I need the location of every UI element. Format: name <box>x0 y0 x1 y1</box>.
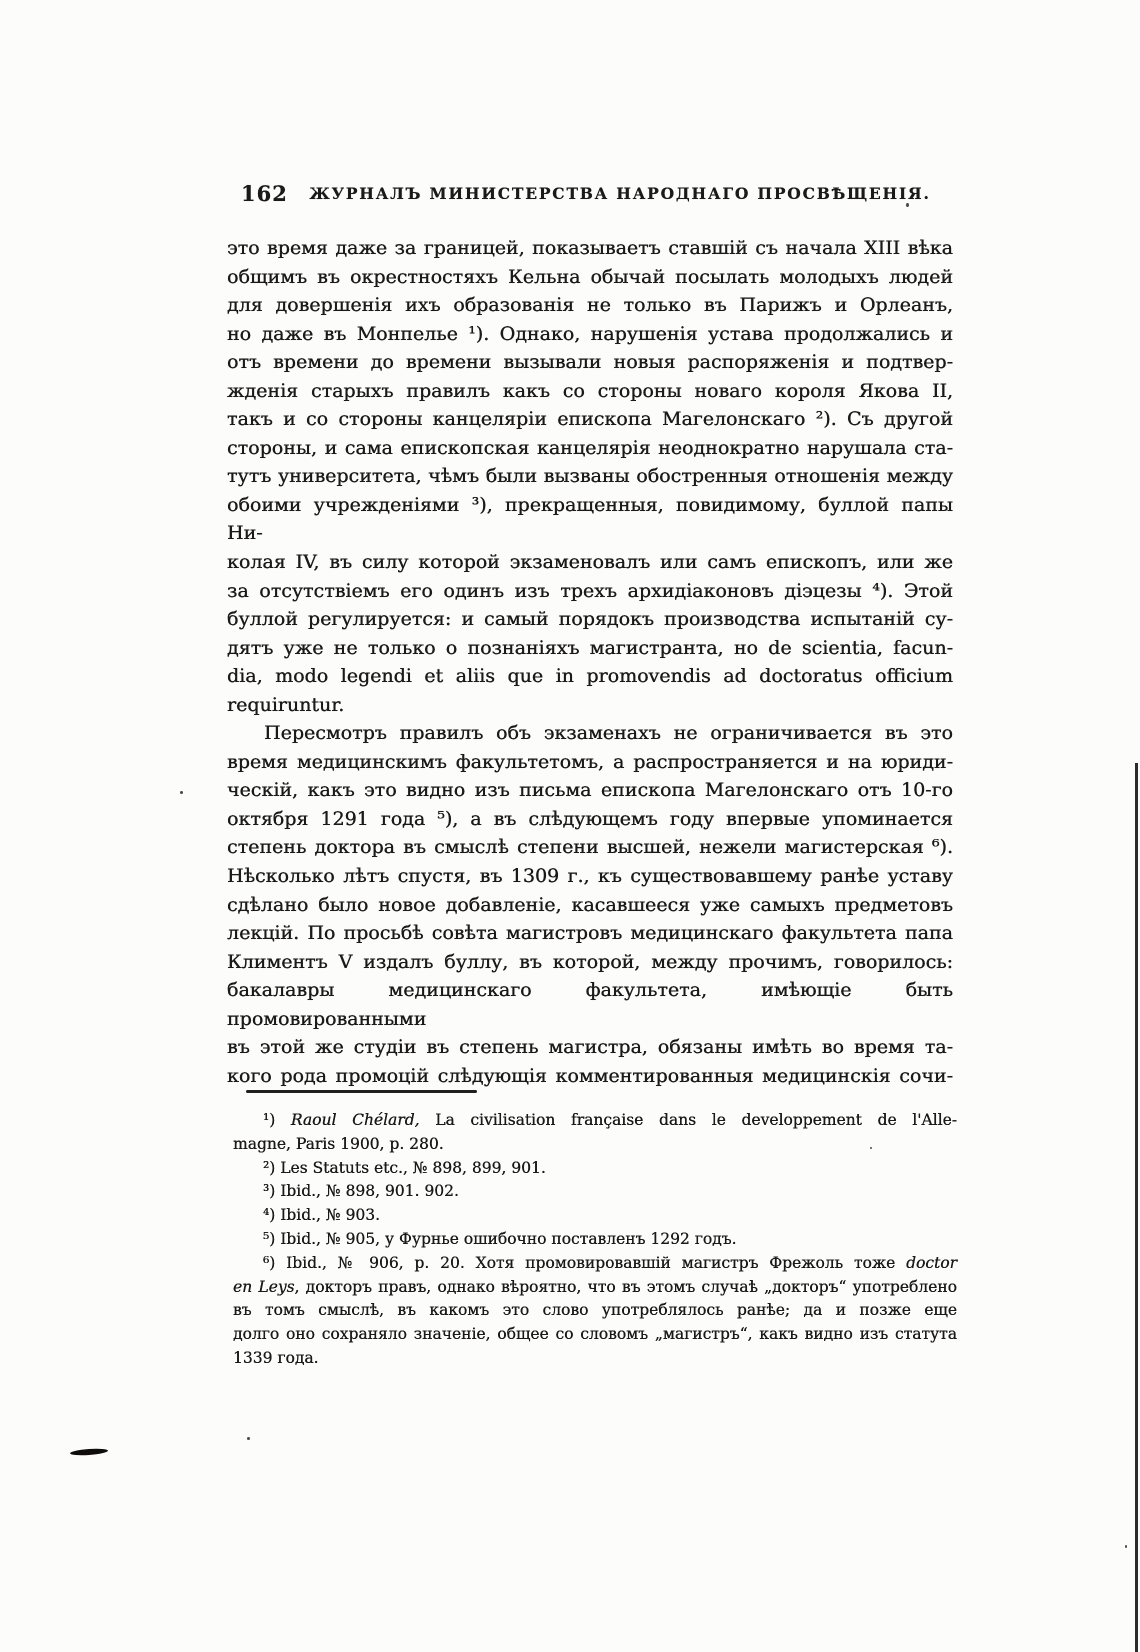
footnote-text: , докторъ правъ, однако вѣроятно, что въ… <box>295 1278 957 1296</box>
ink-speck <box>906 203 909 207</box>
text-line: время медицинскимъ факультетомъ, а распр… <box>227 748 953 777</box>
text-line: степень доктора въ смыслѣ степени высшей… <box>227 833 953 862</box>
text-line: стороны, и сама епископская канцелярія н… <box>227 434 953 463</box>
text-line: ческій, какъ это видно изъ письма еписко… <box>227 776 953 805</box>
footnote-italic-text: Raoul Chélard, <box>291 1111 420 1129</box>
footnote-separator-rule <box>246 1090 477 1093</box>
footnote-line: ¹) Raoul Chélard, La civilisation frança… <box>233 1109 957 1133</box>
journal-title: ЖУРНАЛЪ МИНИСТЕРСТВА НАРОДНАГО ПРОСВѢЩЕН… <box>287 184 953 203</box>
text-line: буллой регулируется: и самый порядокъ пр… <box>227 605 953 634</box>
footnote-line: въ томъ смыслѣ, въ какомъ это слово упот… <box>233 1299 957 1323</box>
footnote-text: magne, Paris 1900, p. 280. <box>233 1135 444 1153</box>
ink-speck <box>180 791 183 794</box>
ink-speck <box>1125 1545 1127 1548</box>
footnote-text: 1339 года. <box>233 1349 319 1367</box>
footnote-line: ⁴) Ibid., № 903. <box>233 1204 957 1228</box>
text-line: общимъ въ окрестностяхъ Кельна обычай по… <box>227 263 953 292</box>
footnote-line: 1339 года. <box>233 1347 957 1371</box>
paragraph-2: Пересмотръ правилъ объ экзаменахъ не огр… <box>227 719 953 1090</box>
body-text: это время даже за границей, показываетъ … <box>227 234 953 1090</box>
text-line: Нѣсколько лѣтъ спустя, въ 1309 г., къ су… <box>227 862 953 891</box>
text-line: но даже въ Монпелье ¹). Однако, нарушені… <box>227 320 953 349</box>
text-line: октября 1291 года ⁵), а въ слѣдующемъ го… <box>227 805 953 834</box>
footnote-line: en Leys, докторъ правъ, однако вѣроятно,… <box>233 1276 957 1300</box>
text-line: жденія старыхъ правилъ какъ со стороны н… <box>227 377 953 406</box>
running-head: 162 ЖУРНАЛЪ МИНИСТЕРСТВА НАРОДНАГО ПРОСВ… <box>227 181 953 211</box>
scanned-book-page: 162 ЖУРНАЛЪ МИНИСТЕРСТВА НАРОДНАГО ПРОСВ… <box>0 0 1140 1652</box>
footnote-text: La civilisation française dans le develo… <box>420 1111 957 1129</box>
text-line: для довершенія ихъ образованія не только… <box>227 291 953 320</box>
footnote-text: ⁵) Ibid., № 905, у Фурнье ошибочно поста… <box>263 1230 737 1248</box>
footnote-line: ²) Les Statuts etc., № 898, 899, 901. <box>233 1157 957 1181</box>
footnote-line: долго оно сохраняло значеніе, общее со с… <box>233 1323 957 1347</box>
footnotes-block: ¹) Raoul Chélard, La civilisation frança… <box>233 1109 957 1371</box>
footnote-line: ⁵) Ibid., № 905, у Фурнье ошибочно поста… <box>233 1228 957 1252</box>
text-line: бакалавры медицинскаго факультета, имѣющ… <box>227 976 953 1033</box>
text-line: тутъ университета, чѣмъ были вызваны обо… <box>227 462 953 491</box>
footnote-line: magne, Paris 1900, p. 280. <box>233 1133 957 1157</box>
footnote-line: ⁶) Ibid., № 906, p. 20. Хотя промовирова… <box>233 1252 957 1276</box>
ink-speck <box>870 1147 872 1149</box>
text-line: requiruntur. <box>227 691 953 720</box>
footnote-italic-text: en Leys <box>233 1278 295 1296</box>
text-line: обоими учрежденіями ³), прекращенныя, по… <box>227 491 953 548</box>
scan-edge-artifact <box>1135 763 1138 1652</box>
text-line: это время даже за границей, показываетъ … <box>227 234 953 263</box>
ink-smudge <box>70 1448 108 1457</box>
footnote-text: въ томъ смыслѣ, въ какомъ это слово упот… <box>233 1301 957 1319</box>
text-line: колая IV, въ силу которой экзаменовалъ и… <box>227 548 953 577</box>
text-line: Пересмотръ правилъ объ экзаменахъ не огр… <box>227 719 953 748</box>
text-line: въ этой же студіи въ степень магистра, о… <box>227 1033 953 1062</box>
text-line: dia, modo legendi et aliis que in promov… <box>227 662 953 691</box>
text-line: отъ времени до времени вызывали новыя ра… <box>227 348 953 377</box>
ink-speck <box>247 1437 250 1440</box>
footnote-text: долго оно сохраняло значеніе, общее со с… <box>233 1325 957 1343</box>
footnote-text: ³) Ibid., № 898, 901. 902. <box>263 1182 459 1200</box>
text-line: кого рода промоцій слѣдующія комментиров… <box>227 1062 953 1091</box>
text-line: Климентъ V издалъ буллу, въ которой, меж… <box>227 948 953 977</box>
paragraph-1: это время даже за границей, показываетъ … <box>227 234 953 719</box>
text-line: такъ и со стороны канцеляріи епископа Ма… <box>227 405 953 434</box>
footnote-line: ³) Ibid., № 898, 901. 902. <box>233 1180 957 1204</box>
footnote-text: ¹) <box>263 1111 291 1129</box>
text-line: дятъ уже не только о познаніяхъ магистра… <box>227 634 953 663</box>
footnote-italic-text: doctor <box>906 1254 957 1272</box>
footnote-text: ⁴) Ibid., № 903. <box>263 1206 380 1224</box>
text-line: лекцій. По просьбѣ совѣта магистровъ мед… <box>227 919 953 948</box>
text-line: сдѣлано было новое добавленіе, касавшеес… <box>227 891 953 920</box>
footnote-text: ²) Les Statuts etc., № 898, 899, 901. <box>263 1159 546 1177</box>
footnote-text: ⁶) Ibid., № 906, p. 20. Хотя промовирова… <box>263 1254 906 1272</box>
text-line: за отсутствіемъ его одинъ изъ трехъ архи… <box>227 577 953 606</box>
page-number: 162 <box>241 181 288 206</box>
